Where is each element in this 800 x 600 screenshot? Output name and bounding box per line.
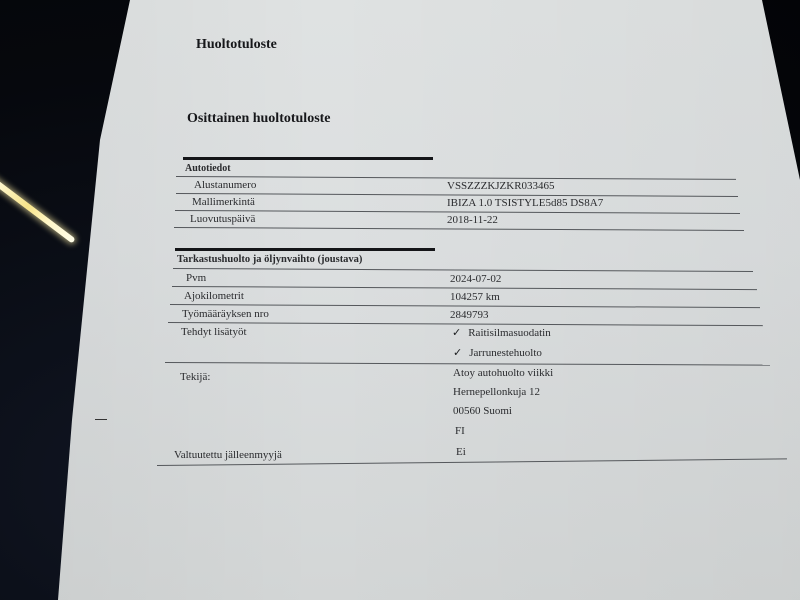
document-title: Huoltotuloste xyxy=(196,37,277,53)
delivery-date-label: Luovutuspäivä xyxy=(190,213,255,225)
authorized-dealer-value: Ei xyxy=(456,446,466,458)
performer-country: FI xyxy=(455,425,465,437)
vehicle-section-heading: Autotiedot xyxy=(185,163,231,174)
mileage-value: 104257 km xyxy=(450,291,500,303)
performer-postal: 00560 Suomi xyxy=(453,405,512,417)
date-label: Pvm xyxy=(186,272,206,284)
margin-mark xyxy=(95,419,107,420)
performer-street: Hernepellonkuja 12 xyxy=(453,386,540,398)
work-order-label: Työmääräyksen nro xyxy=(182,308,269,320)
extra-work-label: Tehdyt lisätyöt xyxy=(181,326,247,338)
work-order-value: 2849793 xyxy=(450,309,489,321)
service-printout: Huoltotuloste Osittainen huoltotuloste A… xyxy=(0,0,800,600)
section-rule xyxy=(183,157,433,160)
service-section-heading: Tarkastushuolto ja öljynvaihto (joustava… xyxy=(177,254,362,265)
performer-name: Atoy autohuolto viikki xyxy=(453,367,553,379)
mileage-label: Ajokilometrit xyxy=(184,290,244,302)
vin-label: Alustanumero xyxy=(194,179,256,191)
section-rule xyxy=(175,248,435,251)
date-value: 2024-07-02 xyxy=(450,273,501,285)
check-icon: ✓ xyxy=(452,326,461,339)
extra-work-item: ✓Jarrunestehuolto xyxy=(453,346,542,359)
model-label: Mallimerkintä xyxy=(192,196,255,208)
authorized-dealer-label: Valtuutettu jälleenmyyjä xyxy=(174,449,282,461)
document-subtitle: Osittainen huoltotuloste xyxy=(187,111,331,127)
vin-value: VSSZZZKJZKR033465 xyxy=(447,180,555,192)
check-icon: ✓ xyxy=(453,346,462,359)
extra-work-item: ✓Raitisilmasuodatin xyxy=(452,326,551,339)
model-value: IBIZA 1.0 TSISTYLE5d85 DS8A7 xyxy=(447,197,603,209)
delivery-date-value: 2018-11-22 xyxy=(447,214,498,226)
performer-label: Tekijä: xyxy=(180,371,210,383)
